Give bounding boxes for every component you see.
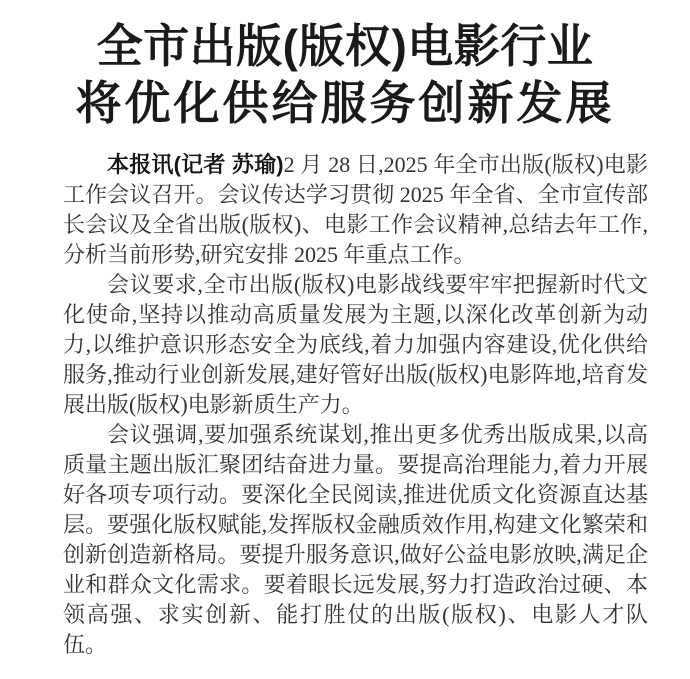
byline-lead: 本报讯(记者 苏瑜) [107,152,284,177]
headline-line-1: 全市出版(版权)电影行业 [0,18,690,75]
article-headline: 全市出版(版权)电影行业 将优化供给服务创新发展 [0,18,690,132]
paragraph-3: 会议强调,要加强系统谋划,推出更多优秀出版成果,以高质量主题出版汇聚团结奋进力量… [63,420,648,660]
paragraph-1: 本报讯(记者 苏瑜)2 月 28 日,2025 年全市出版(版权)电影工作会议召… [63,150,648,270]
newspaper-clipping: 全市出版(版权)电影行业 将优化供给服务创新发展 本报讯(记者 苏瑜)2 月 2… [0,0,690,679]
headline-line-2: 将优化供给服务创新发展 [0,75,690,132]
paragraph-2: 会议要求,全市出版(版权)电影战线要牢牢把握新时代文化使命,坚持以推动高质量发展… [63,270,648,420]
article-body: 本报讯(记者 苏瑜)2 月 28 日,2025 年全市出版(版权)电影工作会议召… [63,150,648,660]
